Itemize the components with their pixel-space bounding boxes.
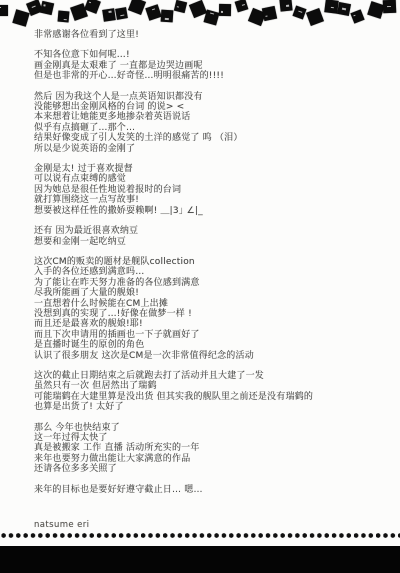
film-frame-icon [12,9,29,26]
film-frame-speck [354,15,356,17]
paragraph: 还有 因为最近很喜欢纳豆想要和金刚一起吃纳豆 [34,226,384,247]
afterword-text: 非常感谢各位看到了这里!不知各位意下如何呢…!画金刚真是太艰难了 一直都是边哭边… [34,30,384,505]
film-frame-speck [44,4,46,6]
text-line: 就打算围绕这一点写故事! [34,195,384,205]
film-frame-icon [383,0,397,14]
paragraph: 金刚是太! 过于喜欢提督可以说有点束缚的感觉因为她总是很任性地说着报时的台词就打… [34,164,384,216]
film-frame-icon [40,1,54,15]
film-frame-icon [204,9,220,25]
paragraph: 不知各位意下如何呢…!画金刚真是太艰难了 一直都是边哭边画呢但是也非常的开心…好… [34,50,384,81]
text-line: 金刚是太! 过于喜欢提督 [34,164,384,174]
film-frame-icon [58,10,70,22]
text-line: 来年的目标也是要好好遵守截止日… 嗯… [34,485,384,495]
film-frame-icon [189,0,207,18]
film-frame-icon [306,8,324,26]
film-frame-speck [286,5,289,7]
film-frame-icon [292,5,306,19]
text-line: 没想到真的实现了…!好像在做梦一样 ! [34,309,384,319]
text-line: 画金刚真是太艰难了 一直都是边哭边画呢 [34,61,384,71]
film-frame-speck [298,10,302,12]
film-frame-icon [351,9,365,23]
film-frame-speck [152,8,155,10]
text-line: 这一年过得太快了 [34,433,384,443]
text-line: 然后 因为我这个人是一点英语知识都没有 [34,92,384,102]
scanned-afterword-page: 非常感谢各位看到了这里!不知各位意下如何呢…!画金刚真是太艰难了 一直都是边哭边… [0,0,400,573]
film-frame-icon [145,4,161,20]
film-frame-speck [0,7,1,8]
text-line: 也算是出货了! 太好了 [34,402,384,412]
film-frame-icon [262,6,277,21]
text-line: 尽我所能画了大量的舰娘! [34,288,384,298]
text-line: 那么 今年也快结束了 [34,423,384,433]
film-frame-icon [0,5,8,16]
film-frame-icon [26,0,43,16]
paragraph: 这次CM的贩卖的题材是舰队collection入手的各位还感到满意吗…为了能让在… [34,257,384,361]
text-line: 为了能让在昨天努力准备的各位感到满意 [34,278,384,288]
text-line: 可以说有点束缚的感觉 [34,174,384,184]
film-frame-speck [210,12,214,14]
text-line: 认识了很多朋友 这次是CM是一次非常值得纪念的活动 [34,351,384,361]
film-frame-speck [121,14,125,16]
film-strip-border [0,0,400,32]
film-frame-speck [165,18,169,20]
film-frame-speck [266,16,268,17]
film-frame-icon [367,1,385,19]
film-frame-speck [330,7,333,8]
film-frame-icon [116,7,129,20]
text-line: 而且还是最喜欢的舰娘!耶! [34,319,384,329]
film-frame-icon [337,2,351,16]
film-frame-speck [176,6,178,7]
text-line: 但是也非常的开心…好奇怪…明明很痛苦的!!!! [34,71,384,81]
text-line: 是直播时诞生的原创的角色 [34,340,384,350]
film-frame-icon [84,0,101,14]
text-line: 所以是少说英语的金刚了 [34,144,384,154]
film-frame-speck [342,8,346,11]
paragraph: 来年的目标也是要好好遵守截止日… 嗯… [34,485,384,495]
paragraph: 然后 因为我这个人是一点英语知识都没有没能够想出金刚风格的台词 的说> <本来想… [34,92,384,154]
text-line: 不知各位意下如何呢…! [34,50,384,60]
text-line: 结果好像变成了引人发笑的土洋的感觉了 呜 （泪） [34,133,384,143]
film-frame-icon [324,0,339,14]
film-frame-speck [89,2,91,4]
text-line: 入手的各位还感到满意吗… [34,267,384,277]
film-frame-icon [280,0,293,12]
paragraph: 这次的截止日期结束之后就跑去打了活动并且大建了一发虽然只有一次 但居然出了瑞鹤可… [34,371,384,413]
scan-edge-bar [0,546,400,573]
text-line: 因为她总是很任性地说着报时的台词 [34,185,384,195]
film-frame-icon [219,4,231,16]
film-frame-speck [64,19,67,20]
film-frame-icon [70,3,88,21]
film-frame-speck [108,11,111,13]
paragraph: 那么 今年也快结束了这一年过得太快了真是被搬家 工作 直播 活动所充实的一年来年… [34,423,384,475]
author-signature: natsume eri [34,520,89,530]
text-line: 非常感谢各位看到了这里! [34,30,384,40]
text-line: 似乎有点搞砸了…那个… [34,123,384,133]
film-frame-speck [387,6,391,7]
film-frame-icon [234,0,248,12]
text-line: 可能瑞鹤在大建里算是没出货 但其实我的舰队里之前还是没有瑞鹤的 [34,392,384,402]
paragraph: 非常感谢各位看到了这里! [34,30,384,40]
text-line: 真是被搬家 工作 直播 活动所充实的一年 [34,443,384,453]
dotted-border [0,531,400,540]
film-frame-icon [248,8,266,26]
film-frame-icon [102,8,116,22]
text-line: 没能够想出金刚风格的台词 的说> < [34,102,384,112]
text-line: 这次CM的贩卖的题材是舰队collection [34,257,384,267]
film-frame-speck [31,6,35,8]
text-line: 想要被这样任性的撒娇耍赖啊! ＿|3｣ ∠|_ [34,206,384,216]
text-line: 一直想着什么时候能在CM上出摊 [34,299,384,309]
text-line: 还请各位多多关照了 [34,464,384,474]
film-frame-speck [221,11,223,13]
film-frame-icon [160,10,173,23]
text-line: 还有 因为最近很喜欢纳豆 [34,226,384,236]
text-line: 而且下次申请用的插画也一下子就画好了 [34,330,384,340]
text-line: 这次的截止日期结束之后就跑去打了活动并且大建了一发 [34,371,384,381]
film-frame-icon [128,0,146,15]
film-frame-speck [242,4,245,6]
text-line: 虽然只有一次 但居然出了瑞鹤 [34,381,384,391]
text-line: 本来想着让她能更多地掺杂着英语说话 [34,112,384,122]
text-line: 来年也要努力做出能让大家满意的作品 [34,454,384,464]
text-line: 想要和金刚一起吃纳豆 [34,237,384,247]
film-frame-icon [173,0,186,13]
